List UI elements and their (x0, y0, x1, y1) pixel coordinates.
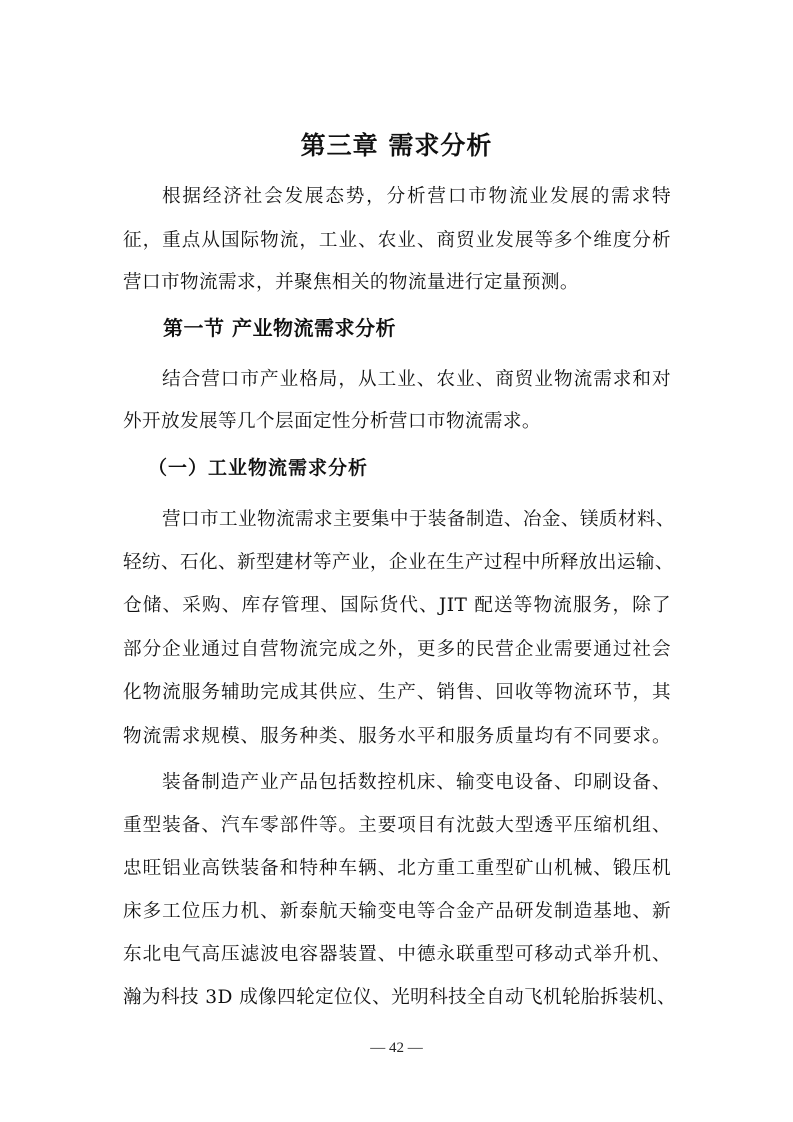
intro-line-3: 营口市物流需求，并聚焦相关的物流量进行定量预测。 (123, 268, 671, 298)
para2-line-5: 东北电气高压滤波电容器装置、中德永联重型可移动式举升机、 (123, 940, 671, 970)
para1-line-4: 部分企业通过自营物流完成之外，更多的民营企业需要通过社会 (123, 635, 671, 665)
subsection-title: （一）工业物流需求分析 (148, 453, 368, 483)
para2-line-1: 装备制造产业产品包括数控机床、输变电设备、印刷设备、 (162, 768, 671, 798)
section-line-2: 外开放发展等几个层面定性分析营口市物流需求。 (123, 407, 671, 437)
para2-line-2: 重型装备、汽车零部件等。主要项目有沈鼓大型透平压缩机组、 (123, 811, 671, 841)
para1-line-5: 化物流服务辅助完成其供应、生产、销售、回收等物流环节，其 (123, 678, 671, 708)
page-number: — 42 — (0, 1038, 793, 1058)
para1-line-1: 营口市工业物流需求主要集中于装备制造、冶金、镁质材料、 (162, 505, 671, 535)
para2-line-6: 瀚为科技 3D 成像四轮定位仪、光明科技全自动飞机轮胎拆装机、 (123, 983, 671, 1013)
section-line-1: 结合营口市产业格局，从工业、农业、商贸业物流需求和对 (162, 365, 671, 395)
intro-line-1: 根据经济社会发展态势，分析营口市物流业发展的需求特 (162, 182, 671, 212)
para1-line-3: 仓储、采购、库存管理、国际货代、JIT 配送等物流服务，除了 (123, 591, 671, 621)
para1-line-6: 物流需求规模、服务种类、服务水平和服务质量均有不同要求。 (123, 722, 671, 752)
intro-line-2: 征，重点从国际物流，工业、农业、商贸业发展等多个维度分析 (123, 226, 671, 256)
document-page: 第三章 需求分析 根据经济社会发展态势，分析营口市物流业发展的需求特 征，重点从… (0, 0, 793, 1122)
para2-line-4: 床多工位压力机、新泰航天输变电等合金产品研发制造基地、新 (123, 897, 671, 927)
para2-line-3: 忠旺铝业高铁装备和特种车辆、北方重工重型矿山机械、锻压机 (123, 854, 671, 884)
section-title: 第一节 产业物流需求分析 (163, 313, 396, 343)
para1-line-2: 轻纺、石化、新型建材等产业，企业在生产过程中所释放出运输、 (123, 548, 671, 578)
chapter-title: 第三章 需求分析 (0, 128, 793, 164)
